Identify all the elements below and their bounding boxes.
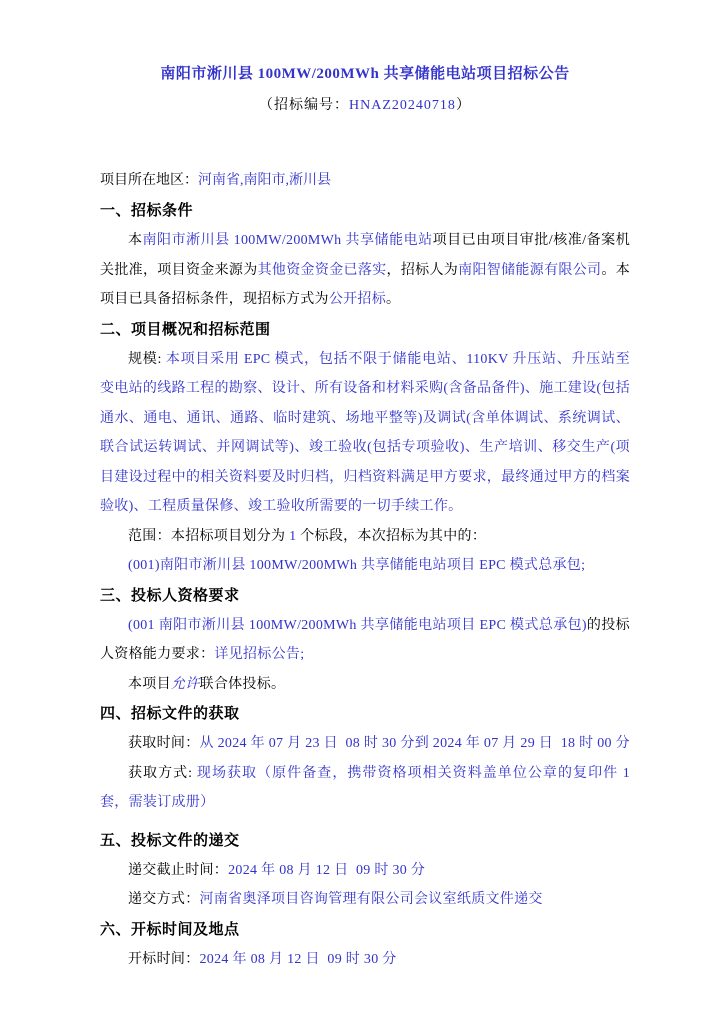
paragraph: 递交方式：河南省奥泽项目咨询管理有限公司会议室纸质文件递交 <box>100 885 630 915</box>
text-segment: 联合体投标。 <box>200 677 286 692</box>
section-heading-4: 四、招标文件的获取 <box>100 699 630 729</box>
paragraph: 本南阳市淅川县 100MW/200MWh 共享储能电站项目已由项目审批/核准/备… <box>100 226 630 315</box>
paragraph: 获取方式: 现场获取（原件备查，携带资格项相关资料盖单位公章的复印件 1 套，需… <box>100 759 630 818</box>
text-segment: 2024 年 08 月 12 日 09 时 30 分 <box>228 863 425 878</box>
text-segment: 本 <box>128 233 143 248</box>
text-segment: 范围：本招标项目划分为 <box>128 529 289 544</box>
text-segment: 递交方式： <box>128 892 200 907</box>
text-segment: 。 <box>386 292 400 307</box>
paragraph: 递交截止时间：2024 年 08 月 12 日 09 时 30 分 <box>100 856 630 886</box>
text-segment: 规模: <box>128 352 166 367</box>
text-segment: 公开招标 <box>329 292 386 307</box>
text-segment: 本项目采用 EPC 模式，包括不限于储能电站、110KV 升压站、升压站至变电站… <box>100 352 630 515</box>
text-segment: 南阳智储能源有限公司 <box>458 263 601 278</box>
section-heading-1: 一、招标条件 <box>100 196 630 226</box>
text-segment: 从 2024 年 07 月 23 日 08 时 30 分到 2024 年 07 … <box>200 736 630 751</box>
tender-code-value: HNAZ20240718 <box>349 98 456 113</box>
text-segment: 获取时间： <box>128 736 200 751</box>
section-heading-6: 六、开标时间及地点 <box>100 915 630 945</box>
text-segment: 河南省奥泽项目咨询管理有限公司会议室纸质文件递交 <box>200 892 543 907</box>
text-segment: ，招标人为 <box>387 263 459 278</box>
text-segment-emphasis: 允许 <box>171 677 200 692</box>
tender-code-line: （招标编号：HNAZ20240718） <box>100 90 630 122</box>
location-line: 项目所在地区：河南省,南阳市,淅川县 <box>100 166 630 196</box>
paragraph: 开标时间：2024 年 08 月 12 日 09 时 30 分 <box>100 945 630 975</box>
section-heading-5: 五、投标文件的递交 <box>100 826 630 856</box>
paragraph: 范围：本招标项目划分为 1 个标段，本次招标为其中的： <box>100 522 630 552</box>
paragraph: 获取时间：从 2024 年 07 月 23 日 08 时 30 分到 2024 … <box>100 729 630 759</box>
text-segment: (001 南阳市淅川县 100MW/200MWh 共享储能电站项目 EPC 模式… <box>128 618 587 633</box>
text-segment: 其他资金资金已落实 <box>258 263 387 278</box>
text-segment: 本项目 <box>128 677 171 692</box>
tender-code-prefix: （招标编号： <box>259 98 349 113</box>
text-segment: 南阳市淅川县 100MW/200MWh 共享储能电站 <box>143 233 433 248</box>
document-page: 南阳市淅川县 100MW/200MWh 共享储能电站项目招标公告 （招标编号：H… <box>0 0 727 1012</box>
text-segment: 递交截止时间： <box>128 863 228 878</box>
section-heading-2: 二、项目概况和招标范围 <box>100 315 630 345</box>
text-segment: 获取方式: <box>128 766 197 781</box>
location-value: 河南省,南阳市,淅川县 <box>198 173 331 188</box>
text-segment: 2024 年 08 月 12 日 09 时 30 分 <box>200 952 397 967</box>
text-segment: (001)南阳市淅川县 100MW/200MWh 共享储能电站项目 EPC 模式… <box>128 558 585 573</box>
paragraph: (001)南阳市淅川县 100MW/200MWh 共享储能电站项目 EPC 模式… <box>100 551 630 581</box>
paragraph: 规模: 本项目采用 EPC 模式，包括不限于储能电站、110KV 升压站、升压站… <box>100 345 630 522</box>
text-segment: 详见招标公告; <box>214 647 304 662</box>
paragraph: 本项目允许联合体投标。 <box>100 670 630 700</box>
text-segment: 个标段，本次招标为其中的： <box>296 529 486 544</box>
text-segment: 开标时间： <box>128 952 200 967</box>
tender-code-suffix: ） <box>456 98 471 113</box>
location-label: 项目所在地区： <box>100 173 198 188</box>
doc-title: 南阳市淅川县 100MW/200MWh 共享储能电站项目招标公告 <box>100 58 630 90</box>
section-heading-3: 三、投标人资格要求 <box>100 581 630 611</box>
paragraph: (001 南阳市淅川县 100MW/200MWh 共享储能电站项目 EPC 模式… <box>100 611 630 670</box>
